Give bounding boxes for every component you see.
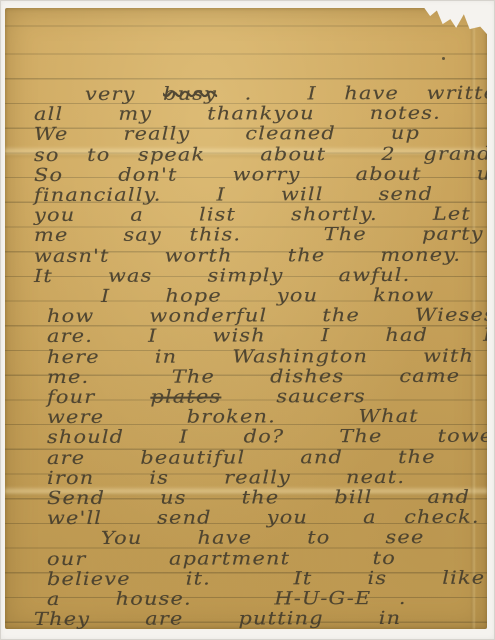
handwriting-text: you a list shortly. Let: [34, 204, 471, 226]
handwriting-text: Send us the bill and: [47, 487, 470, 509]
letter-lines: very busy . I have writtenall my thankyo…: [5, 8, 487, 629]
handwriting-text: are beautiful and the: [47, 446, 436, 468]
letter-line: me. The dishes came ?: [47, 365, 487, 388]
handwriting-text: very: [85, 84, 163, 105]
letter-line: believe it. It is like: [47, 567, 485, 590]
handwriting-text: so to speak about 2 grand.: [34, 143, 487, 165]
handwriting-text: saucers: [221, 386, 366, 407]
scan-canvas: very busy . I have writtenall my thankyo…: [0, 0, 495, 640]
handwriting-text: believe it. It is like: [47, 567, 485, 589]
handwriting-text: me say this. The party: [34, 224, 484, 246]
letter-line: You have to see: [101, 527, 425, 550]
handwriting-text: wasn't worth the money.: [34, 244, 461, 266]
scribbled-word: busy: [163, 84, 217, 105]
handwriting-text: are. I wish I had Leon: [47, 325, 487, 347]
letter-line: They are putting in: [34, 608, 401, 629]
handwriting-text: me. The dishes came ?: [47, 365, 487, 387]
handwriting-text: financially. I will send: [34, 184, 433, 206]
handwriting-text: I hope you know: [101, 285, 434, 307]
struck-word: plates: [150, 386, 221, 407]
handwriting-text: should I do? The towels: [47, 426, 487, 448]
letter-line: are. I wish I had Leon: [47, 325, 487, 348]
handwriting-text: You have to see: [101, 527, 425, 549]
handwriting-text: our apartment to: [47, 548, 396, 570]
handwriting-text: here in Washington with: [47, 345, 474, 367]
handwriting-text: all my thankyou notes.: [34, 103, 441, 125]
handwriting-text: we'll send you a check.: [47, 507, 480, 529]
handwriting-text: iron is really neat.: [47, 467, 405, 489]
handwriting-text: . I have written: [217, 83, 487, 105]
letter-line: We really cleaned up: [34, 123, 420, 146]
handwriting-text: how wonderful the Wieses: [47, 305, 487, 327]
handwriting-text: were broken. What: [47, 406, 419, 428]
handwriting-text: They are putting in: [34, 608, 401, 629]
handwriting-text: a house. H-U-G-E .: [47, 588, 407, 610]
handwriting-text: It was simply awful.: [34, 265, 410, 287]
handwriting-text: four: [47, 387, 150, 408]
handwriting-text: We really cleaned up: [34, 123, 420, 145]
handwriting-text: So don't worry about us: [34, 163, 487, 185]
letter-paper: very busy . I have writtenall my thankyo…: [5, 8, 487, 629]
